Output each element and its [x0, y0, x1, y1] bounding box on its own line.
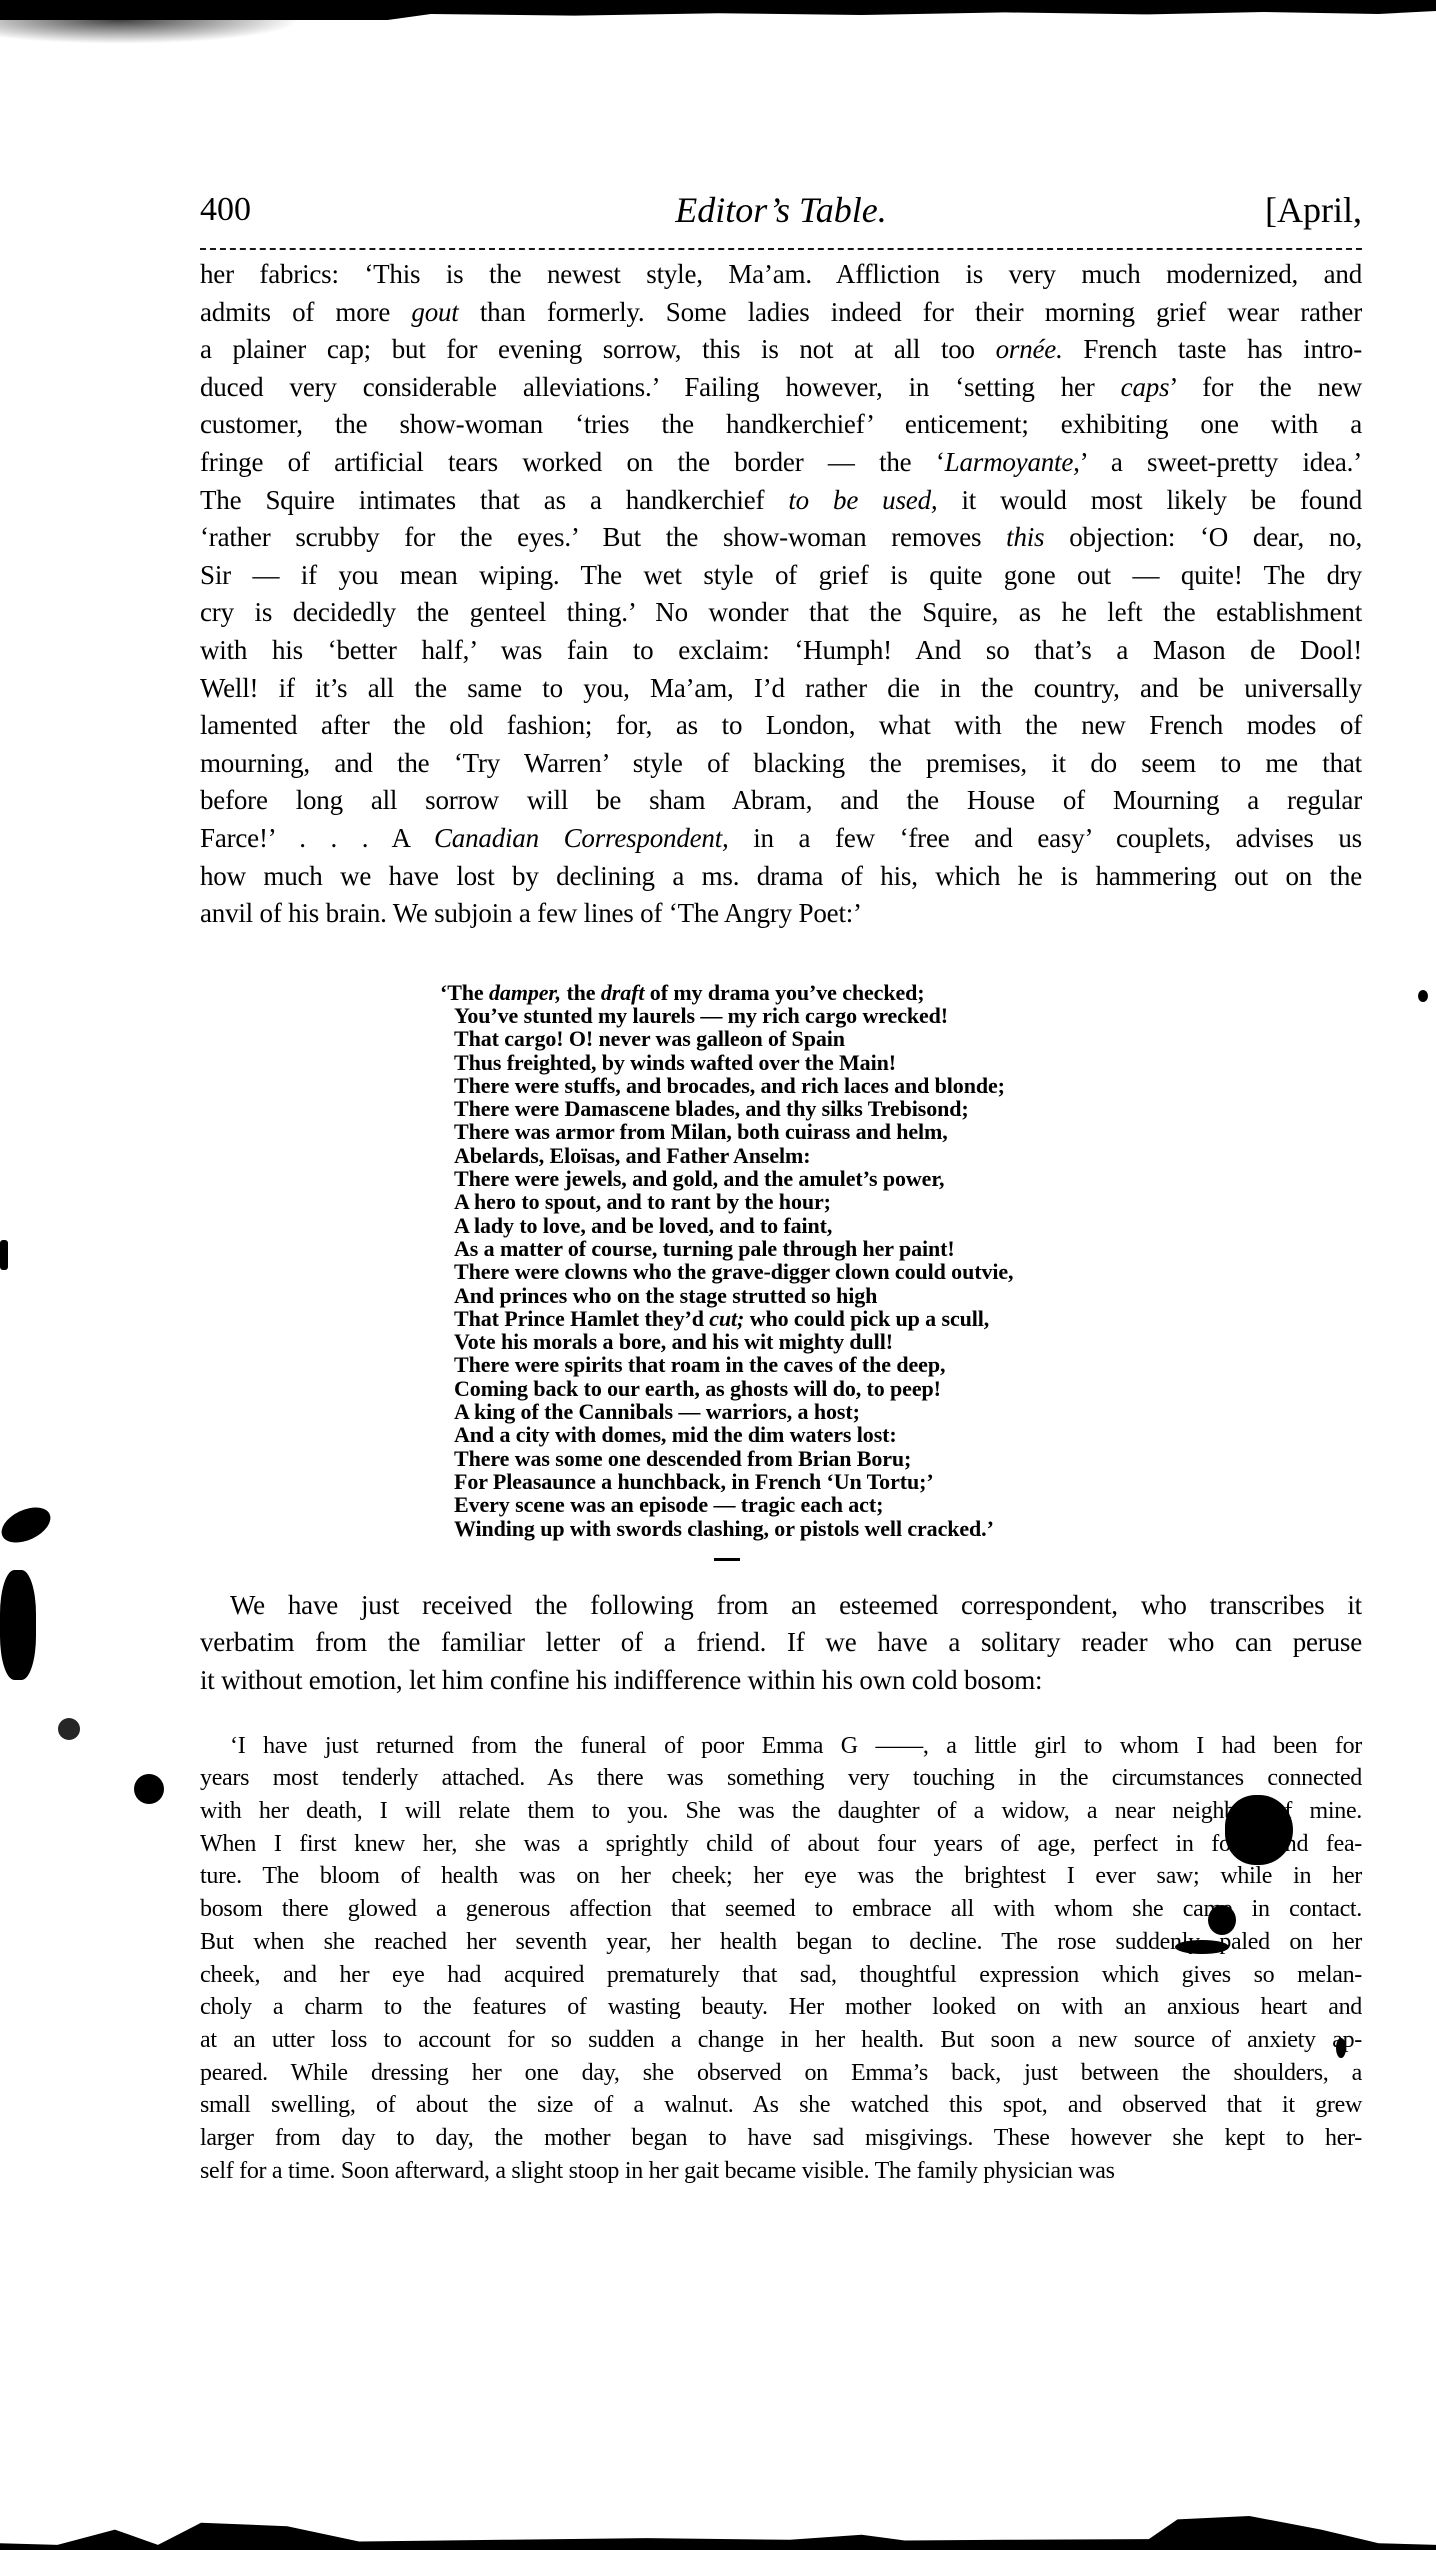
ink-stain — [0, 1500, 56, 1549]
text-line: years most tenderly attached. As there w… — [200, 1762, 1362, 1795]
text-run: And a city with domes, mid the dim water… — [454, 1422, 897, 1447]
text-line: But when she reached her seventh year, h… — [200, 1926, 1362, 1959]
italic-emphasis: this — [1006, 522, 1044, 552]
text-line: Farce!’ . . . A Canadian Correspondent, … — [200, 820, 1362, 858]
text-run: French taste has intro- — [1063, 334, 1362, 364]
poem-verse: Vote his morals a bore, and his wit migh… — [440, 1330, 1362, 1353]
text-line: admits of more gout than formerly. Some … — [200, 294, 1362, 332]
paragraph-correspondent-intro: We have just received the following from… — [200, 1587, 1362, 1700]
text-run: cheek, and her eye had acquired prematur… — [200, 1962, 1362, 1988]
text-run: peared. While dressing her one day, she … — [200, 2060, 1362, 2086]
poem-verse: There were jewels, and gold, and the amu… — [440, 1167, 1362, 1190]
text-run: Winding up with swords clashing, or pist… — [454, 1516, 994, 1541]
text-run: We have just received the following from… — [230, 1590, 1362, 1620]
poem-verse: There were stuffs, and brocades, and ric… — [440, 1074, 1362, 1097]
text-line: Sir — if you mean wiping. The wet style … — [200, 557, 1362, 595]
paragraph-letter-emma: ‘I have just returned from the funeral o… — [200, 1730, 1362, 2188]
header-rule — [200, 248, 1362, 250]
text-run: Sir — if you mean wiping. The wet style … — [200, 560, 1362, 590]
italic-emphasis: draft — [601, 980, 645, 1005]
text-run: objection: ‘O dear, no, — [1044, 522, 1362, 552]
poem-verse: Coming back to our earth, as ghosts will… — [440, 1377, 1362, 1400]
italic-emphasis: ornée. — [996, 334, 1063, 364]
text-line: We have just received the following from… — [200, 1587, 1362, 1625]
text-run: years most tenderly attached. As there w… — [200, 1765, 1362, 1791]
text-run: a plainer cap; but for evening sorrow, t… — [200, 334, 996, 364]
text-run: of my drama you’ve checked; — [644, 980, 924, 1005]
poem-verse: There was armor from Milan, both cuirass… — [440, 1120, 1362, 1143]
text-run: A king of the Cannibals — warriors, a ho… — [454, 1399, 860, 1424]
text-line: verbatim from the familiar letter of a f… — [200, 1624, 1362, 1662]
text-run: small swelling, of about the size of a w… — [200, 2092, 1362, 2118]
text-line: choly a charm to the features of wasting… — [200, 1991, 1362, 2024]
poem-verse: Thus freighted, by winds wafted over the… — [440, 1051, 1362, 1074]
ink-stain — [1418, 990, 1428, 1002]
text-line: with her death, I will relate them to yo… — [200, 1795, 1362, 1828]
text-line: ture. The bloom of health was on her che… — [200, 1860, 1362, 1893]
text-run: You’ve stunted my laurels — my rich carg… — [454, 1003, 948, 1028]
text-run: it without emotion, let him confine his … — [200, 1665, 1042, 1695]
text-line: cry is decidedly the genteel thing.’ No … — [200, 594, 1362, 632]
passage-mourning-fashions: her fabrics: ‘This is the newest style, … — [200, 256, 1362, 933]
issue-month: [April, — [1265, 180, 1362, 240]
poem-verse: There were clowns who the grave-digger c… — [440, 1260, 1362, 1283]
text-run: A hero to spout, and to rant by the hour… — [454, 1189, 831, 1214]
text-run: her fabrics: ‘This is the newest style, … — [200, 259, 1362, 289]
text-run: than formerly. Some ladies indeed for th… — [459, 297, 1362, 327]
poem-angry-poet: ‘The damper, the draft of my drama you’v… — [440, 981, 1362, 1540]
text-line: lamented after the old fashion; for, as … — [200, 707, 1362, 745]
running-title: Editor’s Table. — [200, 180, 1362, 240]
text-run: Farce!’ . . . A — [200, 823, 434, 853]
text-run: self for a time. Soon afterward, a sligh… — [200, 2158, 1115, 2184]
poem-verse: There was some one descended from Brian … — [440, 1447, 1362, 1470]
text-run: in a few ‘free and easy’ couplets, advis… — [729, 823, 1362, 853]
text-run: with her death, I will relate them to yo… — [200, 1798, 1362, 1824]
text-run: mourning, and the ‘Try Warren’ style of … — [200, 748, 1362, 778]
text-run: Vote his morals a bore, and his wit migh… — [454, 1329, 893, 1354]
text-run: larger from day to day, the mother began… — [200, 2125, 1362, 2151]
text-run: ‘The — [440, 980, 489, 1005]
scan-edge-bottom — [0, 2516, 1436, 2550]
poem-verse: A lady to love, and be loved, and to fai… — [440, 1214, 1362, 1237]
text-run: cry is decidedly the genteel thing.’ No … — [200, 597, 1362, 627]
text-run: Well! if it’s all the same to you, Ma’am… — [200, 673, 1362, 703]
text-run: Abelards, Eloïsas, and Father Anselm: — [454, 1143, 811, 1168]
poem-verse: For Pleasaunce a hunchback, in French ‘U… — [440, 1470, 1362, 1493]
text-line: her fabrics: ‘This is the newest style, … — [200, 256, 1362, 294]
text-line: cheek, and her eye had acquired prematur… — [200, 1959, 1362, 1992]
text-line: larger from day to day, the mother began… — [200, 2122, 1362, 2155]
text-run: customer, the show-woman ‘tries the hand… — [200, 409, 1362, 439]
text-run: That Prince Hamlet they’d — [454, 1306, 709, 1331]
ink-stain — [58, 1718, 80, 1740]
text-run: ’ a sweet-pretty idea.’ — [1080, 447, 1362, 477]
poem-verse: ‘The damper, the draft of my drama you’v… — [440, 981, 1362, 1004]
poem-verse: That Prince Hamlet they’d cut; who could… — [440, 1307, 1362, 1330]
text-run: There were jewels, and gold, and the amu… — [454, 1166, 944, 1191]
text-run: admits of more — [200, 297, 411, 327]
text-line: mourning, and the ‘Try Warren’ style of … — [200, 745, 1362, 783]
ink-stain — [134, 1774, 164, 1804]
text-line: Well! if it’s all the same to you, Ma’am… — [200, 670, 1362, 708]
poem-verse: Abelards, Eloïsas, and Father Anselm: — [440, 1144, 1362, 1167]
text-run: ture. The bloom of health was on her che… — [200, 1863, 1362, 1889]
italic-emphasis: damper, — [489, 980, 561, 1005]
italic-emphasis: Larmoyante, — [945, 447, 1080, 477]
paragraph: her fabrics: ‘This is the newest style, … — [200, 256, 1362, 933]
text-line: duced very considerable alleviations.’ F… — [200, 369, 1362, 407]
text-run: bosom there glowed a generous affection … — [200, 1896, 1362, 1922]
text-run: with his ‘better half,’ was fain to excl… — [200, 635, 1362, 665]
text-line: before long all sorrow will be sham Abra… — [200, 782, 1362, 820]
paragraph: ‘I have just returned from the funeral o… — [200, 1730, 1362, 2188]
text-run: Every scene was an episode — tragic each… — [454, 1492, 883, 1517]
text-run: There were stuffs, and brocades, and ric… — [454, 1073, 1005, 1098]
text-run: There were spirits that roam in the cave… — [454, 1352, 945, 1377]
paragraph: We have just received the following from… — [200, 1587, 1362, 1700]
text-run: fringe of artificial tears worked on the… — [200, 447, 945, 477]
poem-verse: That cargo! O! never was galleon of Spai… — [440, 1027, 1362, 1050]
text-run: anvil of his brain. We subjoin a few lin… — [200, 898, 862, 928]
page-header: 400 Editor’s Table. [April, — [200, 180, 1362, 240]
book-page: 400 Editor’s Table. [April, her fabrics:… — [200, 180, 1362, 2187]
text-line: customer, the show-woman ‘tries the hand… — [200, 406, 1362, 444]
text-line: When I first knew her, she was a spright… — [200, 1828, 1362, 1861]
text-run: The Squire intimates that as a handkerch… — [200, 485, 788, 515]
text-line: a plainer cap; but for evening sorrow, t… — [200, 331, 1362, 369]
text-line: peared. While dressing her one day, she … — [200, 2057, 1362, 2090]
text-line: ‘I have just returned from the funeral o… — [200, 1730, 1362, 1763]
italic-emphasis: Canadian Correspondent, — [434, 823, 729, 853]
italic-emphasis: to be used, — [788, 485, 937, 515]
ink-stain — [0, 1570, 36, 1680]
text-run: That cargo! O! never was galleon of Spai… — [454, 1026, 845, 1051]
text-run: verbatim from the familiar letter of a f… — [200, 1627, 1362, 1657]
italic-emphasis: caps — [1121, 372, 1170, 402]
text-run: There was some one descended from Brian … — [454, 1446, 911, 1471]
poem-verse: There were spirits that roam in the cave… — [440, 1353, 1362, 1376]
text-line: bosom there glowed a generous affection … — [200, 1893, 1362, 1926]
text-line: how much we have lost by declining a ms.… — [200, 858, 1362, 896]
text-run: And princes who on the stage strutted so… — [454, 1283, 877, 1308]
text-run: But when she reached her seventh year, h… — [200, 1929, 1362, 1955]
poem-verse: A king of the Cannibals — warriors, a ho… — [440, 1400, 1362, 1423]
text-line: it without emotion, let him confine his … — [200, 1662, 1362, 1700]
text-run: A lady to love, and be loved, and to fai… — [454, 1213, 832, 1238]
text-run: Thus freighted, by winds wafted over the… — [454, 1050, 896, 1075]
text-run: There was armor from Milan, both cuirass… — [454, 1119, 948, 1144]
poem-verse: And princes who on the stage strutted so… — [440, 1284, 1362, 1307]
text-run: choly a charm to the features of wasting… — [200, 1994, 1362, 2020]
italic-emphasis: cut; — [709, 1306, 744, 1331]
text-run: ‘I have just returned from the funeral o… — [230, 1733, 1362, 1759]
text-line: at an utter loss to account for so sudde… — [200, 2024, 1362, 2057]
text-run: duced very considerable alleviations.’ F… — [200, 372, 1121, 402]
text-run: the — [561, 980, 601, 1005]
text-line: anvil of his brain. We subjoin a few lin… — [200, 895, 1362, 933]
text-run: before long all sorrow will be sham Abra… — [200, 785, 1362, 815]
poem-verse: You’ve stunted my laurels — my rich carg… — [440, 1004, 1362, 1027]
text-run: how much we have lost by declining a ms.… — [200, 861, 1362, 891]
text-run: who could pick up a scull, — [744, 1306, 989, 1331]
text-run: ‘rather scrubby for the eyes.’ But the s… — [200, 522, 1006, 552]
text-line: small swelling, of about the size of a w… — [200, 2089, 1362, 2122]
text-line: fringe of artificial tears worked on the… — [200, 444, 1362, 482]
ink-stain — [0, 1240, 8, 1270]
scan-edge-top-shadow — [0, 14, 300, 44]
text-line: The Squire intimates that as a handkerch… — [200, 482, 1362, 520]
poem-verse: A hero to spout, and to rant by the hour… — [440, 1190, 1362, 1213]
poem-verse: There were Damascene blades, and thy sil… — [440, 1097, 1362, 1120]
text-line: self for a time. Soon afterward, a sligh… — [200, 2155, 1362, 2188]
section-divider — [714, 1558, 740, 1561]
text-run: at an utter loss to account for so sudde… — [200, 2027, 1362, 2053]
poem-verse: And a city with domes, mid the dim water… — [440, 1423, 1362, 1446]
poem-verse: Every scene was an episode — tragic each… — [440, 1493, 1362, 1516]
text-run: There were clowns who the grave-digger c… — [454, 1259, 1013, 1284]
text-run: When I first knew her, she was a spright… — [200, 1831, 1362, 1857]
text-line: with his ‘better half,’ was fain to excl… — [200, 632, 1362, 670]
poem-verse: As a matter of course, turning pale thro… — [440, 1237, 1362, 1260]
text-run: ’ for the new — [1169, 372, 1362, 402]
text-line: ‘rather scrubby for the eyes.’ But the s… — [200, 519, 1362, 557]
text-run: There were Damascene blades, and thy sil… — [454, 1096, 969, 1121]
text-run: As a matter of course, turning pale thro… — [454, 1236, 955, 1261]
text-run: Coming back to our earth, as ghosts will… — [454, 1376, 941, 1401]
italic-emphasis: gout — [411, 297, 458, 327]
text-run: lamented after the old fashion; for, as … — [200, 710, 1362, 740]
poem-verse: Winding up with swords clashing, or pist… — [440, 1517, 1362, 1540]
text-run: it would most likely be found — [937, 485, 1362, 515]
text-run: For Pleasaunce a hunchback, in French ‘U… — [454, 1469, 934, 1494]
